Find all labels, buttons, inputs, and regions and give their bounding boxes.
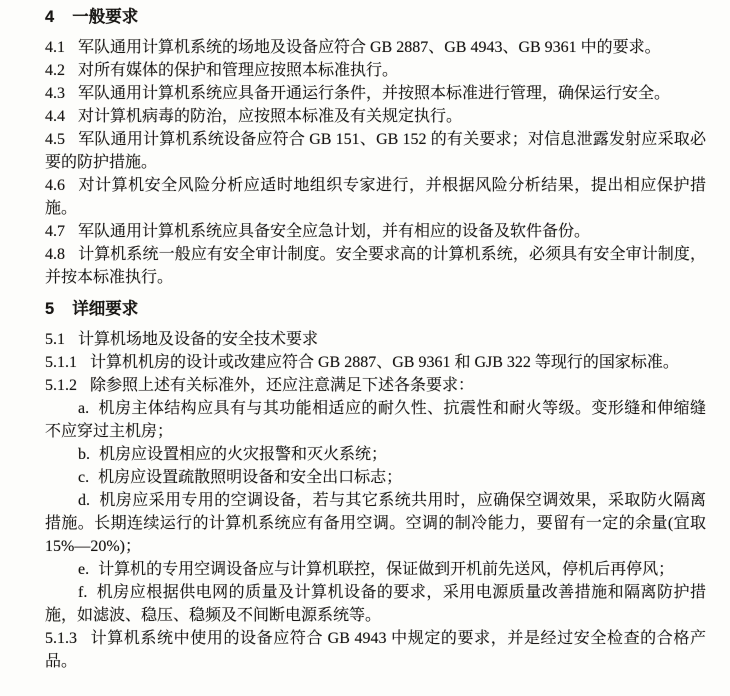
clause-4-1: 4.1军队通用计算机系统的场地及设备应符合 GB 2887、GB 4943、GB… xyxy=(45,36,706,59)
item-text: 对所有媒体的保护和管理应按照本标准执行。 xyxy=(78,62,398,79)
item-number: 4 xyxy=(45,8,72,26)
item-text: 详细要求 xyxy=(72,300,138,318)
section-heading-5: 5详细要求 xyxy=(45,298,706,321)
item-number: 4.5 xyxy=(45,131,78,148)
clause-5-1: 5.1计算机场地及设备的安全技术要求 xyxy=(45,328,706,351)
item-number: 4.1 xyxy=(45,39,78,56)
item-number: b. xyxy=(78,446,99,463)
item-text: 计算机机房的设计或改建应符合 GB 2887、GB 9361 和 GJB 322… xyxy=(90,354,679,371)
item-number: d. xyxy=(78,492,99,509)
item-text: 军队通用计算机系统应具备安全应急计划，并有相应的设备及软件备份。 xyxy=(78,223,590,240)
document-body: 4一般要求4.1军队通用计算机系统的场地及设备应符合 GB 2887、GB 49… xyxy=(45,6,706,673)
item-text: 机房应设置疏散照明设备和安全出口标志； xyxy=(98,469,402,486)
clause-4-4: 4.4对计算机病毒的防治，应按照本标准及有关规定执行。 xyxy=(45,105,706,128)
list-item-f: f.机房应根据供电网的质量及计算机设备的要求，采用电源质量改善措施和隔离防护措施… xyxy=(45,581,706,627)
item-number: 5 xyxy=(45,300,72,318)
clause-4-8: 4.8计算机系统一般应有安全审计制度。安全要求高的计算机系统，必须具有安全审计制… xyxy=(45,243,706,289)
clause-5-1-2: 5.1.2除参照上述有关标准外，还应注意满足下述各条要求： xyxy=(45,374,706,397)
item-number: 4.7 xyxy=(45,223,78,240)
item-text: 计算机系统一般应有安全审计制度。安全要求高的计算机系统，必须具有安全审计制度，并… xyxy=(45,246,706,286)
document-page: 4一般要求4.1军队通用计算机系统的场地及设备应符合 GB 2887、GB 49… xyxy=(0,0,730,696)
list-item-e: e.计算机的专用空调设备应与计算机联控，保证做到开机前先送风，停机后再停风； xyxy=(45,558,706,581)
item-number: 4.4 xyxy=(45,108,78,125)
clause-4-7: 4.7军队通用计算机系统应具备安全应急计划，并有相应的设备及软件备份。 xyxy=(45,220,706,243)
item-text: 计算机的专用空调设备应与计算机联控，保证做到开机前先送风，停机后再停风； xyxy=(98,561,674,578)
list-item-a: a.机房主体结构应具有与其功能相适应的耐久性、抗震性和耐火等级。变形缝和伸缩缝不… xyxy=(45,397,706,443)
clause-5-1-1: 5.1.1计算机机房的设计或改建应符合 GB 2887、GB 9361 和 GJ… xyxy=(45,351,706,374)
item-text: 一般要求 xyxy=(72,8,138,26)
clause-4-3: 4.3军队通用计算机系统应具备开通运行条件，并按照本标准进行管理，确保运行安全。 xyxy=(45,82,706,105)
clause-4-2: 4.2对所有媒体的保护和管理应按照本标准执行。 xyxy=(45,59,706,82)
item-text: 计算机系统中使用的设备应符合 GB 4943 中规定的要求，并是经过安全检查的合… xyxy=(45,630,706,670)
item-number: 5.1.1 xyxy=(45,354,90,371)
list-item-c: c.机房应设置疏散照明设备和安全出口标志； xyxy=(45,466,706,489)
item-number: 4.2 xyxy=(45,62,78,79)
item-text: 机房主体结构应具有与其功能相适应的耐久性、抗震性和耐火等级。变形缝和伸缩缝不应穿… xyxy=(45,400,706,440)
item-text: 机房应采用专用的空调设备，若与其它系统共用时，应确保空调效果，采取防火隔离措施。… xyxy=(45,492,706,555)
item-text: 军队通用计算机系统设备应符合 GB 151、GB 152 的有关要求；对信息泄露… xyxy=(45,131,706,171)
item-number: 5.1.2 xyxy=(45,377,90,394)
item-number: 4.8 xyxy=(45,246,78,263)
item-number: 5.1.3 xyxy=(45,630,90,647)
item-number: f. xyxy=(78,584,96,601)
clause-5-1-3: 5.1.3计算机系统中使用的设备应符合 GB 4943 中规定的要求，并是经过安… xyxy=(45,627,706,673)
item-text: 除参照上述有关标准外，还应注意满足下述各条要求： xyxy=(90,377,474,394)
list-item-d: d.机房应采用专用的空调设备，若与其它系统共用时，应确保空调效果，采取防火隔离措… xyxy=(45,489,706,558)
item-number: 4.6 xyxy=(45,177,78,194)
clause-4-6: 4.6对计算机安全风险分析应适时地组织专家进行，并根据风险分析结果，提出相应保护… xyxy=(45,174,706,220)
item-number: c. xyxy=(78,469,98,486)
item-text: 机房应设置相应的火灾报警和灭火系统； xyxy=(99,446,387,463)
item-text: 计算机场地及设备的安全技术要求 xyxy=(78,331,318,348)
item-text: 军队通用计算机系统应具备开通运行条件，并按照本标准进行管理，确保运行安全。 xyxy=(78,85,670,102)
item-text: 对计算机病毒的防治，应按照本标准及有关规定执行。 xyxy=(78,108,462,125)
item-text: 机房应根据供电网的质量及计算机设备的要求，采用电源质量改善措施和隔离防护措施，如… xyxy=(45,584,706,624)
item-number: 5.1 xyxy=(45,331,78,348)
list-item-b: b.机房应设置相应的火灾报警和灭火系统； xyxy=(45,443,706,466)
item-number: 4.3 xyxy=(45,85,78,102)
item-number: a. xyxy=(78,400,98,417)
item-text: 对计算机安全风险分析应适时地组织专家进行，并根据风险分析结果，提出相应保护措施。 xyxy=(45,177,706,217)
clause-4-5: 4.5军队通用计算机系统设备应符合 GB 151、GB 152 的有关要求；对信… xyxy=(45,128,706,174)
item-number: e. xyxy=(78,561,98,578)
item-text: 军队通用计算机系统的场地及设备应符合 GB 2887、GB 4943、GB 93… xyxy=(78,39,661,56)
section-heading-4: 4一般要求 xyxy=(45,6,706,29)
